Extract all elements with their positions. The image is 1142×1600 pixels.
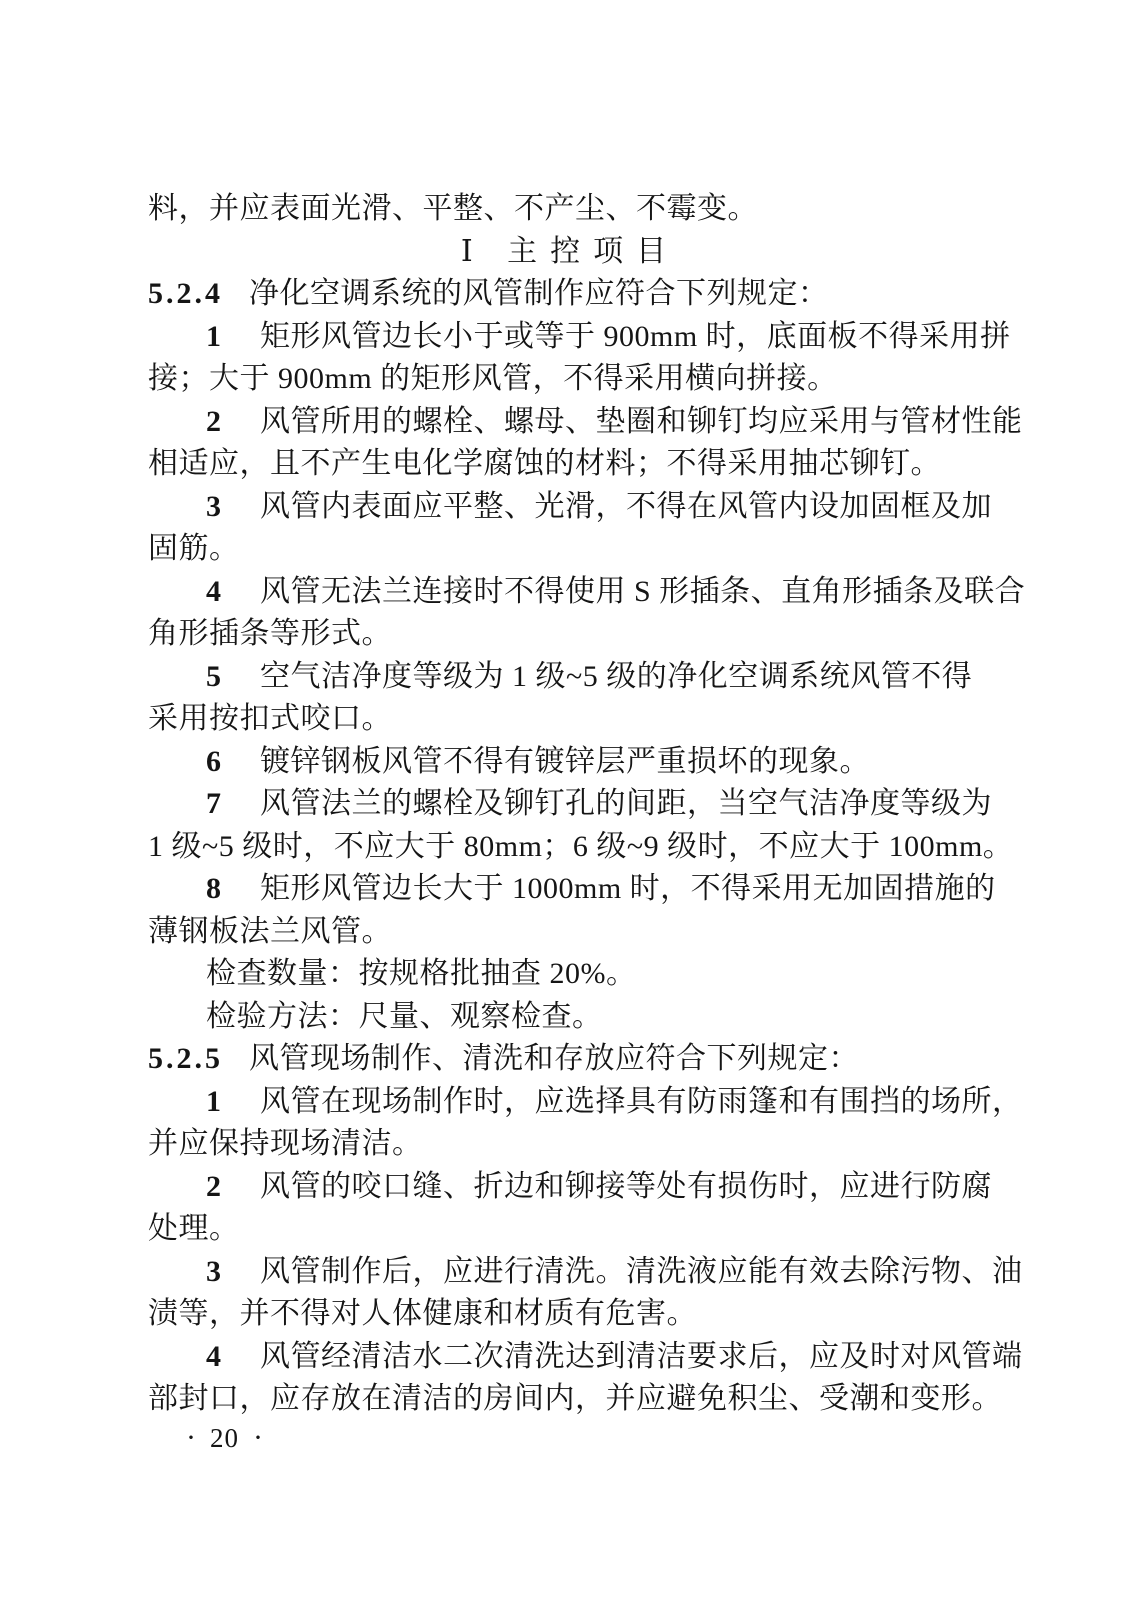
list-item-line: 1矩形风管边长小于或等于 900mm 时，底面板不得采用拼 bbox=[148, 316, 992, 359]
list-item-line: 3风管内表面应平整、光滑，不得在风管内设加固框及加 bbox=[148, 486, 992, 529]
item-number: 4 bbox=[206, 1336, 260, 1379]
page-number-left-dot: · bbox=[172, 1421, 210, 1455]
item-number: 2 bbox=[206, 401, 260, 444]
list-item-line: 4风管无法兰连接时不得使用 S 形插条、直角形插条及联合 bbox=[148, 571, 992, 614]
indented-note-line: 检验方法：尺量、观察检查。 bbox=[148, 996, 992, 1039]
heading-text: 主控项目 bbox=[507, 235, 679, 268]
clause-number: 5.2.5 bbox=[148, 1042, 223, 1075]
text-line: 相适应，且不产生电化学腐蚀的材料；不得采用抽芯铆钉。 bbox=[148, 443, 992, 486]
text-line: 固筋。 bbox=[148, 528, 992, 571]
page-number-value: 20 bbox=[210, 1423, 239, 1454]
item-number: 1 bbox=[206, 1081, 260, 1124]
document-body: 料，并应表面光滑、平整、不产尘、不霉变。Ⅰ主控项目5.2.4净化空调系统的风管制… bbox=[148, 188, 992, 1421]
line-text: 风管无法兰连接时不得使用 S 形插条、直角形插条及联合 bbox=[260, 575, 1025, 608]
line-text: 风管经清洁水二次清洗达到清洁要求后，应及时对风管端 bbox=[260, 1340, 1023, 1373]
item-number: 2 bbox=[206, 1166, 260, 1209]
list-item-line: 1风管在现场制作时，应选择具有防雨篷和有围挡的场所， bbox=[148, 1081, 992, 1124]
section-heading: Ⅰ主控项目 bbox=[148, 231, 992, 274]
line-text: 净化空调系统的风管制作应符合下列规定： bbox=[249, 277, 829, 310]
item-number: 4 bbox=[206, 571, 260, 614]
item-number: 1 bbox=[206, 316, 260, 359]
line-text: 风管在现场制作时，应选择具有防雨篷和有围挡的场所， bbox=[260, 1085, 1023, 1118]
text-line: 料，并应表面光滑、平整、不产尘、不霉变。 bbox=[148, 188, 992, 231]
line-text: 风管所用的螺栓、螺母、垫圈和铆钉均应采用与管材性能 bbox=[260, 405, 1023, 438]
item-number: 3 bbox=[206, 1251, 260, 1294]
line-text: 镀锌钢板风管不得有镀锌层严重损坏的现象。 bbox=[260, 745, 870, 778]
page-number-right-dot: · bbox=[239, 1421, 277, 1455]
text-line: 接；大于 900mm 的矩形风管，不得采用横向拼接。 bbox=[148, 358, 992, 401]
text-line: 处理。 bbox=[148, 1208, 992, 1251]
line-text: 风管制作后，应进行清洗。清洗液应能有效去除污物、油 bbox=[260, 1255, 1023, 1288]
text-line: 渍等，并不得对人体健康和材质有危害。 bbox=[148, 1293, 992, 1336]
line-text: 矩形风管边长大于 1000mm 时，不得采用无加固措施的 bbox=[260, 872, 996, 905]
indented-note-line: 检查数量：按规格批抽查 20%。 bbox=[148, 953, 992, 996]
line-text: 风管现场制作、清洗和存放应符合下列规定： bbox=[249, 1042, 859, 1075]
line-text: 矩形风管边长小于或等于 900mm 时，底面板不得采用拼 bbox=[260, 320, 1011, 353]
line-text: 风管的咬口缝、折边和铆接等处有损伤时，应进行防腐 bbox=[260, 1170, 992, 1203]
item-number: 5 bbox=[206, 656, 260, 699]
list-item-line: 8矩形风管边长大于 1000mm 时，不得采用无加固措施的 bbox=[148, 868, 992, 911]
page-number: · 20 · bbox=[172, 1421, 277, 1455]
list-item-line: 2风管所用的螺栓、螺母、垫圈和铆钉均应采用与管材性能 bbox=[148, 401, 992, 444]
list-item-line: 7风管法兰的螺栓及铆钉孔的间距，当空气洁净度等级为 bbox=[148, 783, 992, 826]
clause-heading-line: 5.2.5风管现场制作、清洗和存放应符合下列规定： bbox=[148, 1038, 992, 1081]
text-line: 角形插条等形式。 bbox=[148, 613, 992, 656]
list-item-line: 4风管经清洁水二次清洗达到清洁要求后，应及时对风管端 bbox=[148, 1336, 992, 1379]
list-item-line: 6镀锌钢板风管不得有镀锌层严重损坏的现象。 bbox=[148, 741, 992, 784]
item-number: 3 bbox=[206, 486, 260, 529]
item-number: 6 bbox=[206, 741, 260, 784]
line-text: 空气洁净度等级为 1 级~5 级的净化空调系统风管不得 bbox=[260, 660, 972, 693]
heading-numeral: Ⅰ bbox=[461, 235, 473, 268]
item-number: 8 bbox=[206, 868, 260, 911]
text-line: 1 级~5 级时，不应大于 80mm；6 级~9 级时，不应大于 100mm。 bbox=[148, 826, 992, 869]
list-item-line: 3风管制作后，应进行清洗。清洗液应能有效去除污物、油 bbox=[148, 1251, 992, 1294]
list-item-line: 5空气洁净度等级为 1 级~5 级的净化空调系统风管不得 bbox=[148, 656, 992, 699]
text-line: 采用按扣式咬口。 bbox=[148, 698, 992, 741]
document-page: 料，并应表面光滑、平整、不产尘、不霉变。Ⅰ主控项目5.2.4净化空调系统的风管制… bbox=[0, 0, 1142, 1600]
clause-heading-line: 5.2.4净化空调系统的风管制作应符合下列规定： bbox=[148, 273, 992, 316]
text-line: 部封口，应存放在清洁的房间内，并应避免积尘、受潮和变形。 bbox=[148, 1378, 992, 1421]
line-text: 风管内表面应平整、光滑，不得在风管内设加固框及加 bbox=[260, 490, 992, 523]
line-text: 风管法兰的螺栓及铆钉孔的间距，当空气洁净度等级为 bbox=[260, 787, 992, 820]
clause-number: 5.2.4 bbox=[148, 277, 223, 310]
text-line: 并应保持现场清洁。 bbox=[148, 1123, 992, 1166]
list-item-line: 2风管的咬口缝、折边和铆接等处有损伤时，应进行防腐 bbox=[148, 1166, 992, 1209]
text-line: 薄钢板法兰风管。 bbox=[148, 911, 992, 954]
item-number: 7 bbox=[206, 783, 260, 826]
